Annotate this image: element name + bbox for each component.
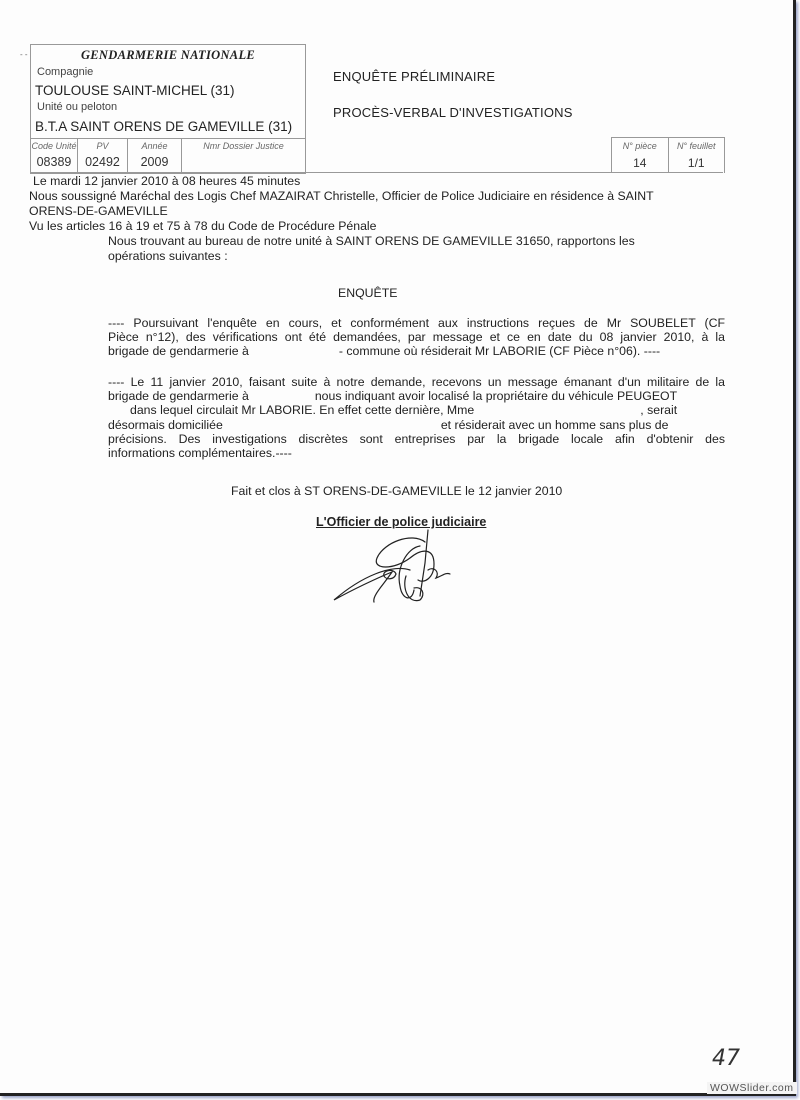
text-fragment: brigade de gendarmerie à [108,389,249,403]
feuillet-label: N° feuillet [669,141,725,151]
unit-value: B.T.A SAINT ORENS DE GAMEVILLE (31) [35,119,292,134]
code-unite-cell: Code Unité 08389 [31,139,78,173]
paragraph-2-line: brigade de gendarmerie ànous indiquant a… [108,389,725,403]
organization-name: GENDARMERIE NATIONALE [31,48,305,63]
feuillet-value: 1/1 [669,156,725,170]
paragraph-2: ---- Le 11 janvier 2010, faisant suite à… [108,375,725,460]
dossier-justice-label: Nmr Dossier Justice [182,141,305,151]
header-bottom-rule [30,172,723,173]
officer-line-2: ORENS-DE-GAMEVILLE [29,204,168,218]
pv-label: PV [78,141,127,151]
piece-table: N° pièce 14 N° feuillet 1/1 [611,137,725,173]
codes-row: Code Unité 08389 PV 02492 Année 2009 Nmr… [31,139,305,173]
paragraph-2-line: précisions. Des investigations discrètes… [108,432,725,446]
text-fragment: , serait [640,403,677,417]
paragraph-1-line: ---- Poursuivant l'enquête en cours, et … [108,316,725,330]
document-title-1: ENQUÊTE PRÉLIMINAIRE [333,69,495,84]
paragraph-1-line: brigade de gendarmerie à- commune où rés… [108,344,725,358]
text-fragment: - commune où résiderait Mr LABORIE (CF P… [339,344,660,358]
punch-mark: - - [20,50,28,59]
signature-title: L'Officier de police judiciaire [316,515,486,529]
closing-line: Fait et clos à ST ORENS-DE-GAMEVILLE le … [231,484,562,498]
articles-line: Vu les articles 16 à 19 et 75 à 78 du Co… [29,219,377,233]
intro-line-2: opérations suivantes : [108,249,228,263]
paragraph-1-line: Pièce n°12), des vérifications ont été d… [108,330,725,344]
piece-value: 14 [612,156,668,170]
pv-cell: PV 02492 [78,139,128,173]
paragraph-1: ---- Poursuivant l'enquête en cours, et … [108,316,725,359]
text-fragment: brigade de gendarmerie à [108,344,249,358]
feuillet-cell: N° feuillet 1/1 [669,138,725,173]
unit-label: Unité ou peloton [37,101,117,113]
text-fragment: dans lequel circulait Mr LABORIE. En eff… [130,403,474,417]
paragraph-2-line: informations complémentaires.---- [108,446,725,460]
paragraph-2-line: ---- Le 11 janvier 2010, faisant suite à… [108,375,725,389]
signature-icon [322,528,462,608]
piece-cell: N° pièce 14 [612,138,669,173]
company-value: TOULOUSE SAINT-MICHEL (31) [35,83,235,98]
annee-value: 2009 [128,155,181,169]
dossier-justice-cell: Nmr Dossier Justice [182,139,305,173]
text-fragment: nous indiquant avoir localisé la proprié… [315,389,677,403]
officer-line-1: Nous soussigné Maréchal des Logis Chef M… [29,189,654,203]
paragraph-2-line: dans lequel circulait Mr LABORIE. En eff… [108,403,725,417]
piece-label: N° pièce [612,141,668,151]
paragraph-2-line: désormais domiciliéeet résiderait avec u… [108,418,725,432]
handwritten-page-number: 47 [712,1046,740,1071]
unit-header-box: GENDARMERIE NATIONALE Compagnie TOULOUSE… [30,44,306,174]
text-fragment: désormais domiciliée [108,418,223,432]
annee-cell: Année 2009 [128,139,182,173]
annee-label: Année [128,141,181,151]
code-unite-label: Code Unité [31,141,77,151]
document-title-2: PROCÈS-VERBAL D'INVESTIGATIONS [333,105,573,120]
company-label: Compagnie [37,66,93,78]
document-page: - - GENDARMERIE NATIONALE Compagnie TOUL… [0,0,796,1096]
intro-line-1: Nous trouvant au bureau de notre unité à… [108,234,635,248]
text-fragment: et résiderait avec un homme sans plus de [441,418,669,432]
section-heading: ENQUÊTE [338,286,397,300]
code-unite-value: 08389 [31,155,77,169]
watermark: WOWSlider.com [707,1082,797,1094]
date-line: Le mardi 12 janvier 2010 à 08 heures 45 … [33,174,300,188]
pv-value: 02492 [78,155,127,169]
